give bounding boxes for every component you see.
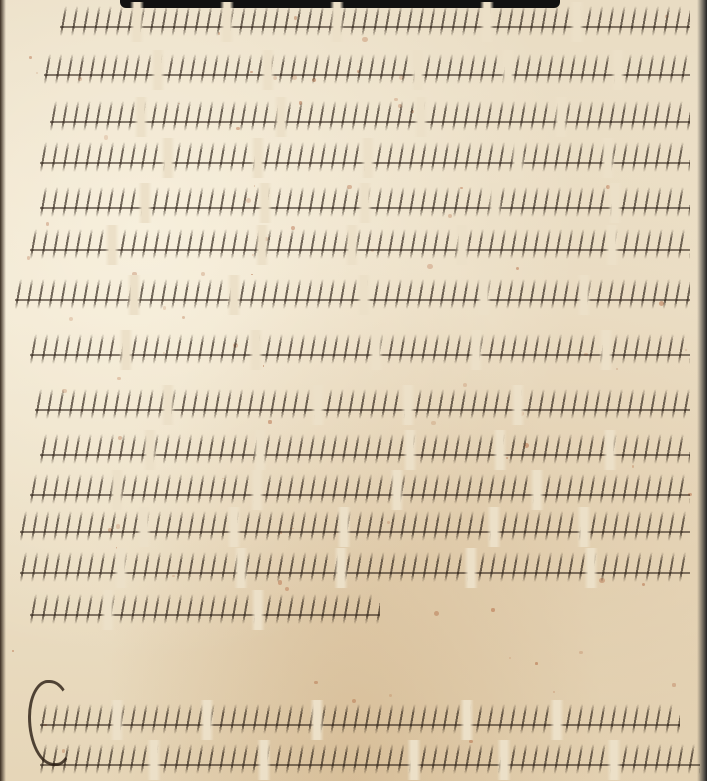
- word-space: [401, 385, 415, 425]
- word-space: [570, 2, 584, 42]
- stain-spot: [389, 694, 392, 697]
- word-space: [161, 138, 175, 178]
- main-text-line: [30, 470, 690, 510]
- second-text-line: [40, 700, 680, 740]
- stain-spot: [12, 650, 14, 652]
- word-space: [127, 275, 141, 315]
- main-text-line: [44, 50, 690, 90]
- word-space: [577, 507, 591, 547]
- word-space: [227, 275, 241, 315]
- word-space: [255, 225, 269, 265]
- word-space: [608, 183, 622, 223]
- main-text-line: [30, 330, 690, 370]
- word-space: [330, 2, 344, 42]
- word-space: [477, 275, 491, 315]
- main-text-line: [40, 138, 690, 178]
- main-text-line: [20, 548, 690, 588]
- word-space: [487, 507, 501, 547]
- word-space: [161, 385, 175, 425]
- word-space: [361, 138, 375, 178]
- word-space: [488, 183, 502, 223]
- word-space: [611, 50, 625, 90]
- main-text-line: [60, 2, 690, 42]
- stain-spot: [553, 691, 555, 693]
- word-space: [143, 430, 157, 470]
- handwriting-baseline: [40, 724, 680, 726]
- word-space: [414, 97, 428, 137]
- word-space: [274, 97, 288, 137]
- word-space: [251, 590, 265, 630]
- stain-spot: [117, 377, 120, 380]
- word-space: [480, 2, 494, 42]
- handwriting-baseline: [30, 249, 690, 251]
- word-space: [357, 275, 371, 315]
- word-space: [311, 385, 325, 425]
- word-space: [134, 97, 148, 137]
- word-space: [110, 470, 124, 510]
- word-space: [105, 225, 119, 265]
- word-space: [455, 225, 469, 265]
- word-space: [234, 548, 248, 588]
- scan-edge-right: [697, 0, 707, 781]
- handwriting-strokes: [30, 594, 380, 624]
- word-space: [369, 330, 383, 370]
- stain-spot: [672, 683, 675, 686]
- word-space: [464, 548, 478, 588]
- word-space: [151, 50, 165, 90]
- handwriting-strokes: [44, 54, 690, 84]
- second-text-line: [40, 740, 700, 780]
- main-text-line: [40, 183, 690, 223]
- stain-spot: [69, 317, 73, 321]
- word-space: [114, 548, 128, 588]
- handwriting-baseline: [35, 409, 690, 411]
- word-space: [411, 50, 425, 90]
- main-text-line: [15, 275, 690, 315]
- word-space: [460, 700, 474, 740]
- word-space: [137, 507, 151, 547]
- decorative-initial: [28, 680, 74, 766]
- word-space: [249, 330, 263, 370]
- handwriting-strokes: [40, 704, 680, 734]
- main-text-line: [30, 225, 690, 265]
- handwriting-baseline: [60, 26, 690, 28]
- stain-spot: [434, 611, 439, 616]
- word-space: [130, 2, 144, 42]
- word-space: [403, 430, 417, 470]
- main-text-line: [35, 385, 690, 425]
- word-space: [511, 138, 525, 178]
- handwriting-baseline: [30, 494, 690, 496]
- word-space: [390, 470, 404, 510]
- word-space: [601, 138, 615, 178]
- word-space: [493, 430, 507, 470]
- manuscript-page: not transcribed — handwriting illegible …: [0, 0, 707, 781]
- word-space: [605, 225, 619, 265]
- stain-spot: [535, 662, 538, 665]
- word-space: [253, 430, 267, 470]
- word-space: [257, 740, 271, 780]
- word-space: [497, 740, 511, 780]
- word-space: [550, 700, 564, 740]
- stain-spot: [29, 56, 32, 59]
- word-space: [101, 590, 115, 630]
- stain-spot: [491, 608, 494, 611]
- handwriting-strokes: [40, 744, 700, 774]
- main-text-line: [30, 590, 380, 630]
- stain-spot: [36, 72, 38, 74]
- word-space: [119, 330, 133, 370]
- word-space: [599, 330, 613, 370]
- word-space: [337, 507, 351, 547]
- main-text-line: [40, 430, 690, 470]
- handwriting-baseline: [30, 614, 380, 616]
- handwriting-baseline: [44, 74, 690, 76]
- scan-edge-left: [0, 0, 6, 781]
- word-space: [584, 548, 598, 588]
- word-space: [138, 183, 152, 223]
- stain-spot: [509, 657, 511, 659]
- word-space: [554, 97, 568, 137]
- word-space: [250, 470, 264, 510]
- word-space: [603, 430, 617, 470]
- main-text-line: [50, 97, 690, 137]
- word-space: [501, 50, 515, 90]
- word-space: [511, 385, 525, 425]
- stain-spot: [314, 681, 318, 685]
- word-space: [251, 138, 265, 178]
- word-space: [577, 275, 591, 315]
- word-space: [407, 740, 421, 780]
- word-space: [227, 507, 241, 547]
- word-space: [220, 2, 234, 42]
- word-space: [358, 183, 372, 223]
- word-space: [345, 225, 359, 265]
- word-space: [310, 700, 324, 740]
- main-text-line: [20, 507, 690, 547]
- handwriting-strokes: [35, 389, 690, 419]
- handwriting-strokes: [40, 434, 690, 464]
- stain-spot: [516, 267, 519, 270]
- handwriting-baseline: [40, 764, 700, 766]
- handwriting-strokes: [60, 6, 690, 36]
- handwriting-strokes: [30, 229, 690, 259]
- handwriting-baseline: [40, 454, 690, 456]
- stain-spot: [182, 316, 185, 319]
- stain-spot: [579, 651, 583, 655]
- word-space: [258, 183, 272, 223]
- word-space: [147, 740, 161, 780]
- handwriting-strokes: [30, 474, 690, 504]
- word-space: [110, 700, 124, 740]
- word-space: [261, 50, 275, 90]
- word-space: [334, 548, 348, 588]
- word-space: [200, 700, 214, 740]
- word-space: [469, 330, 483, 370]
- word-space: [607, 740, 621, 780]
- word-space: [530, 470, 544, 510]
